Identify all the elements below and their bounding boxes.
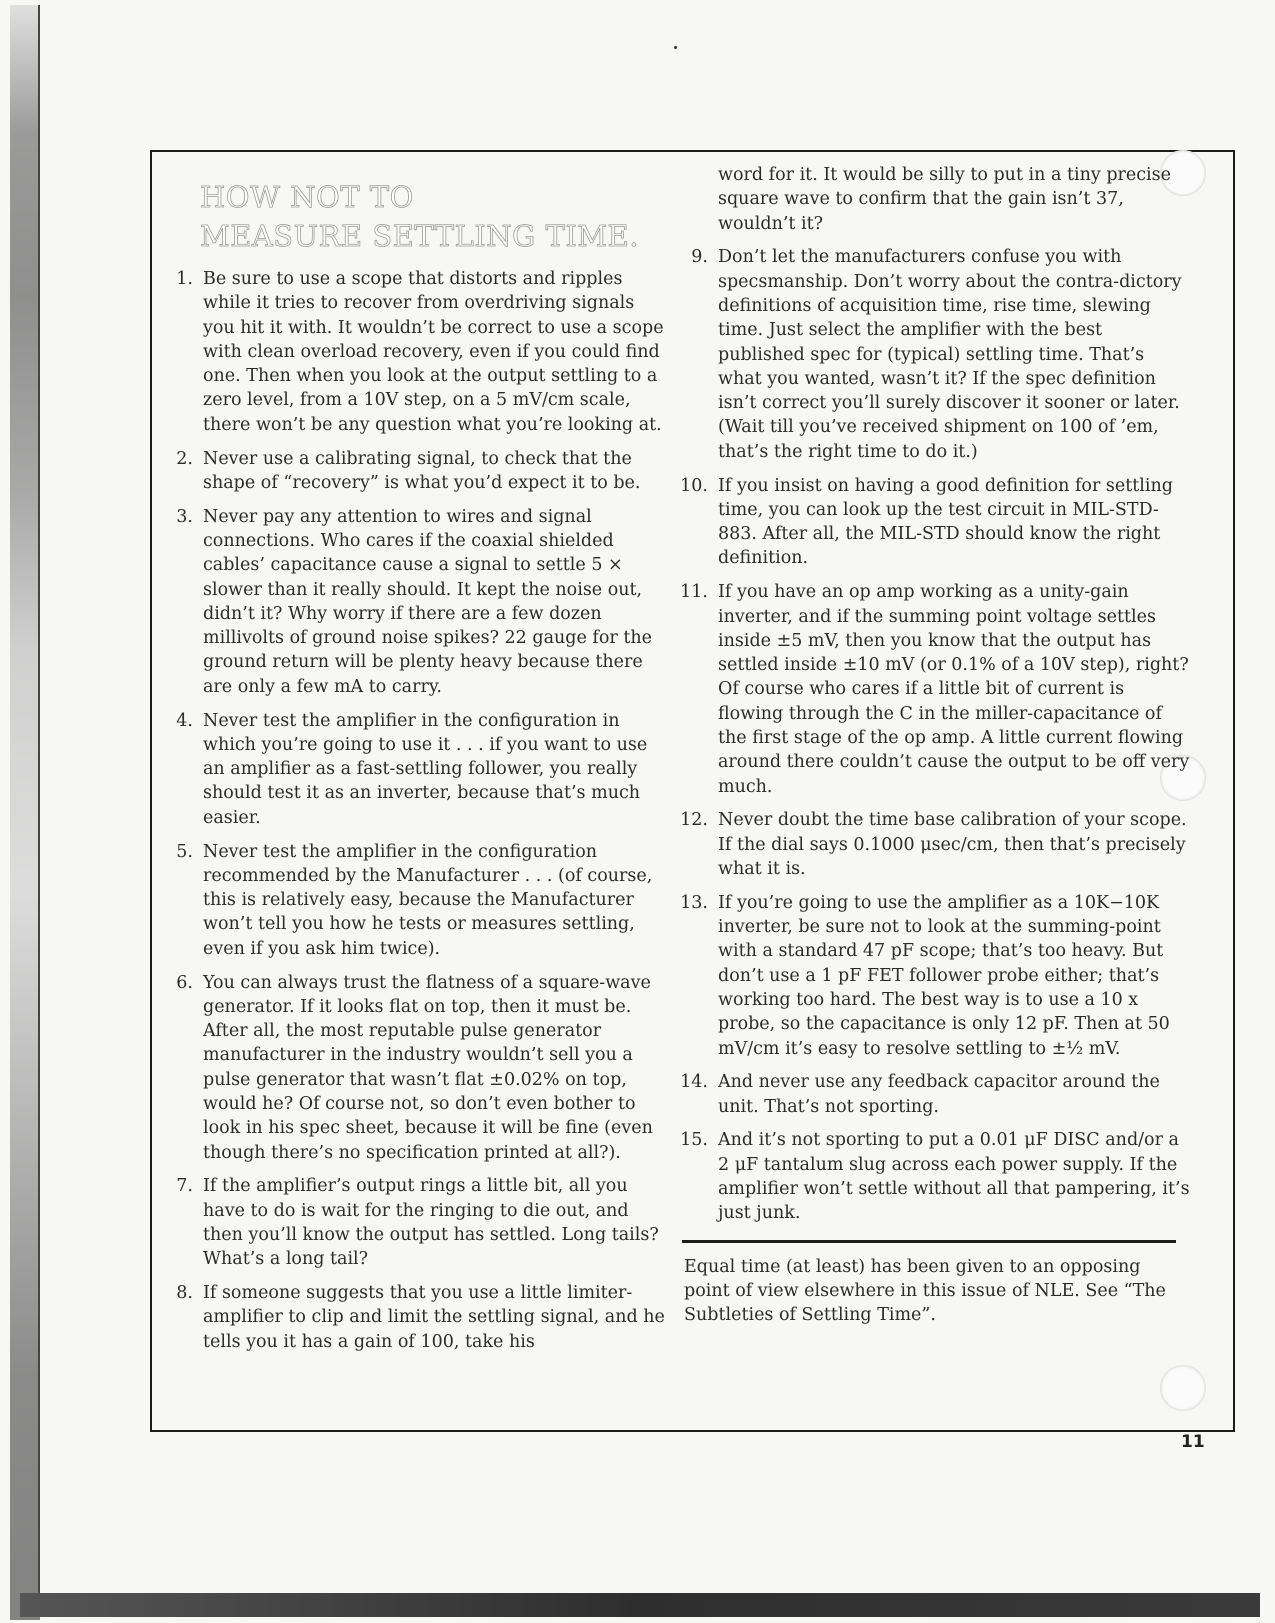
item-number: 15.	[680, 1128, 718, 1225]
footnote-divider	[682, 1240, 1176, 1243]
list-item: 12. Never doubt the time base calibratio…	[680, 808, 1190, 881]
item-text: And it’s not sporting to put a 0.01 μF D…	[718, 1128, 1190, 1225]
item-text: Never use a calibrating signal, to check…	[203, 447, 665, 496]
right-column: word for it. It would be silly to put in…	[680, 163, 1190, 1328]
list-item: 3. Never pay any attention to wires and …	[165, 505, 665, 699]
title-line-1: HOW NOT TO	[200, 178, 660, 217]
item-text: If you insist on having a good definitio…	[718, 474, 1190, 571]
item-text: If someone suggests that you use a littl…	[203, 1281, 665, 1354]
item-number: 13.	[680, 891, 718, 1061]
list-item: 7. If the amplifier’s output rings a lit…	[165, 1174, 665, 1271]
item-text: Never pay any attention to wires and sig…	[203, 505, 665, 699]
scan-spine-shadow	[10, 5, 40, 1620]
item-text: Never doubt the time base calibration of…	[718, 808, 1190, 881]
item-number: 2.	[165, 447, 203, 496]
item-number: 5.	[165, 840, 203, 961]
item-number: 14.	[680, 1070, 718, 1119]
scan-speck	[674, 46, 677, 49]
list-item: 6. You can always trust the flatness of …	[165, 971, 665, 1165]
item-number: 9.	[680, 245, 718, 464]
item-text: If you’re going to use the amplifier as …	[718, 891, 1190, 1061]
list-item: 5. Never test the amplifier in the confi…	[165, 840, 665, 961]
item-number: 10.	[680, 474, 718, 571]
item-text: And never use any feedback capacitor aro…	[718, 1070, 1190, 1119]
page-left-edge	[38, 5, 40, 1595]
item-text: You can always trust the flatness of a s…	[203, 971, 665, 1165]
list-item: 9. Don’t let the manufacturers confuse y…	[680, 245, 1190, 464]
title-line-2: MEASURE SETTLING TIME.	[200, 217, 660, 256]
list-item: 15. And it’s not sporting to put a 0.01 …	[680, 1128, 1190, 1225]
item-text: Never test the amplifier in the configur…	[203, 840, 665, 961]
item-number: 12.	[680, 808, 718, 881]
item-number: 1.	[165, 267, 203, 437]
list-item: 14. And never use any feedback capacitor…	[680, 1070, 1190, 1119]
item-number: 11.	[680, 580, 718, 799]
item-8-continuation: word for it. It would be silly to put in…	[680, 163, 1190, 236]
left-column: 1. Be sure to use a scope that distorts …	[165, 267, 665, 1363]
list-item: 8. If someone suggests that you use a li…	[165, 1281, 665, 1354]
item-number: 4.	[165, 709, 203, 830]
list-item: 2. Never use a calibrating signal, to ch…	[165, 447, 665, 496]
list-item: 11. If you have an op amp working as a u…	[680, 580, 1190, 799]
list-item: 4. Never test the amplifier in the confi…	[165, 709, 665, 830]
article-title: HOW NOT TO MEASURE SETTLING TIME.	[200, 178, 660, 256]
item-number: 7.	[165, 1174, 203, 1271]
page-number: 11	[1181, 1432, 1205, 1452]
list-item: 1. Be sure to use a scope that distorts …	[165, 267, 665, 437]
item-text: Don’t let the manufacturers confuse you …	[718, 245, 1190, 464]
list-item: 10. If you insist on having a good defin…	[680, 474, 1190, 571]
footnote: Equal time (at least) has been given to …	[680, 1255, 1190, 1328]
item-number: 3.	[165, 505, 203, 699]
item-text: If you have an op amp working as a unity…	[718, 580, 1190, 799]
list-item: 13. If you’re going to use the amplifier…	[680, 891, 1190, 1061]
item-text: If the amplifier’s output rings a little…	[203, 1174, 665, 1271]
item-text: Never test the amplifier in the configur…	[203, 709, 665, 830]
scan-bottom-shadow	[20, 1593, 1260, 1617]
item-number: 8.	[165, 1281, 203, 1354]
item-text: Be sure to use a scope that distorts and…	[203, 267, 665, 437]
item-number: 6.	[165, 971, 203, 1165]
punch-hole-bottom	[1160, 1365, 1206, 1411]
